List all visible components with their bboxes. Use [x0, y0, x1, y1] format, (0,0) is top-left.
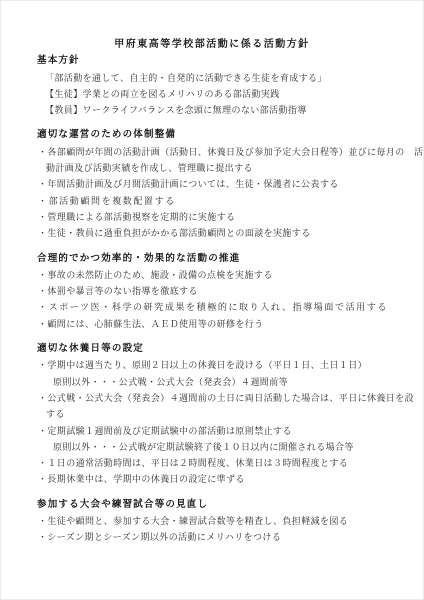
policy-line: する: [46, 406, 423, 422]
policy-line: 動計画及び活動実績を作成し、管理職に提出する: [46, 160, 423, 176]
policy-line: ・年間活動計画及び月間活動計画については、生徒・保護者に公表する: [38, 176, 423, 192]
policy-section: 参加する大会や練習試合等の見直し・生徒や顧問と、参加する大会・練習試合数等を精査…: [1, 497, 423, 546]
policy-line: ・事故の未然防止のため、施設・設備の点検を実施する: [38, 267, 423, 283]
policy-section: 適切な運営のための体制整備・各部顧問が年間の活動計画（活動日、休養日及び参加予定…: [1, 127, 423, 241]
policy-line: 【生徒】学業との両立を図るメリハリのある部活動実践: [45, 86, 423, 102]
policy-line: ・１日の通常活動時間は、平日は２時間程度、休業日は３時間程度とする: [38, 455, 423, 471]
policy-line: ・生徒や顧問と、参加する大会・練習試合数等を精査し、負担軽減を図る: [38, 513, 423, 529]
policy-line: ・顧問には、心肺蘇生法、ＡＥＤ使用等の研修を行う: [38, 316, 423, 332]
policy-line: 原則以外・・・公式戦が定期試験終了後１０日以内に開催される場合等: [53, 439, 423, 455]
policy-line: 原則以外・・・公式戦・公式大会（発表会）４週間前等: [53, 374, 423, 390]
section-heading: 参加する大会や練習試合等の見直し: [37, 497, 423, 513]
section-heading: 合理的でかつ効率的・効果的な活動の推進: [37, 251, 423, 267]
policy-line: ・体罰や暴言等のない指導を徹底する: [38, 283, 423, 299]
sections: 基本方針「部活動を通して、自主的・自発的に活動できる生徒を育成する」【生徒】学業…: [1, 53, 423, 545]
policy-line: 【教員】ワークライフバランスを念頭に無理のない部活動指導: [45, 102, 423, 118]
policy-section: 基本方針「部活動を通して、自主的・自発的に活動できる生徒を育成する」【生徒】学業…: [1, 53, 423, 118]
policy-line: ・シーズン期とシーズン期以外の活動にメリハリをつける: [38, 529, 423, 545]
section-heading: 適切な運営のための体制整備: [37, 127, 423, 143]
policy-line: ・管理職による部活動視察を定期的に実施する: [38, 209, 423, 225]
policy-section: 適切な休養日等の設定・学期中は週当たり、原則２日以上の休養日を設ける（平日１日、…: [1, 341, 423, 488]
document-page: 甲府東高等学校部活動に係る活動方針 基本方針「部活動を通して、自主的・自発的に活…: [0, 0, 424, 600]
policy-line: ・生徒・教員に過重負担がかかる部活動顧問との面談を実施する: [38, 225, 423, 241]
policy-line: ・部活動顧問を複数配置する: [38, 193, 423, 209]
section-heading: 基本方針: [37, 53, 423, 69]
policy-line: ・長期休業中は、学期中の休養日の設定に準ずる: [38, 471, 423, 487]
policy-line: ・各部顧問が年間の活動計画（活動日、休養日及び参加予定大会日程等）並びに毎月の …: [38, 144, 423, 160]
policy-line: ・学期中は週当たり、原則２日以上の休養日を設ける（平日１日、土日１日）: [38, 357, 423, 373]
policy-line: 「部活動を通して、自主的・自発的に活動できる生徒を育成する」: [45, 70, 423, 86]
policy-line: ・定期試験１週間前及び定期試験中の部活動は原則禁止する: [38, 423, 423, 439]
document-title: 甲府東高等学校部活動に係る活動方針: [1, 37, 423, 53]
policy-line: ・スポーツ医・科学の研究成果を積極的に取り入れ、指導場面で活用する: [38, 299, 423, 315]
policy-section: 合理的でかつ効率的・効果的な活動の推進・事故の未然防止のため、施設・設備の点検を…: [1, 251, 423, 332]
section-heading: 適切な休養日等の設定: [37, 341, 423, 357]
policy-line: ・公式戦・公式大会（発表会）４週間前の土日に両日活動した場合は、平日に休養日を設…: [38, 390, 423, 406]
